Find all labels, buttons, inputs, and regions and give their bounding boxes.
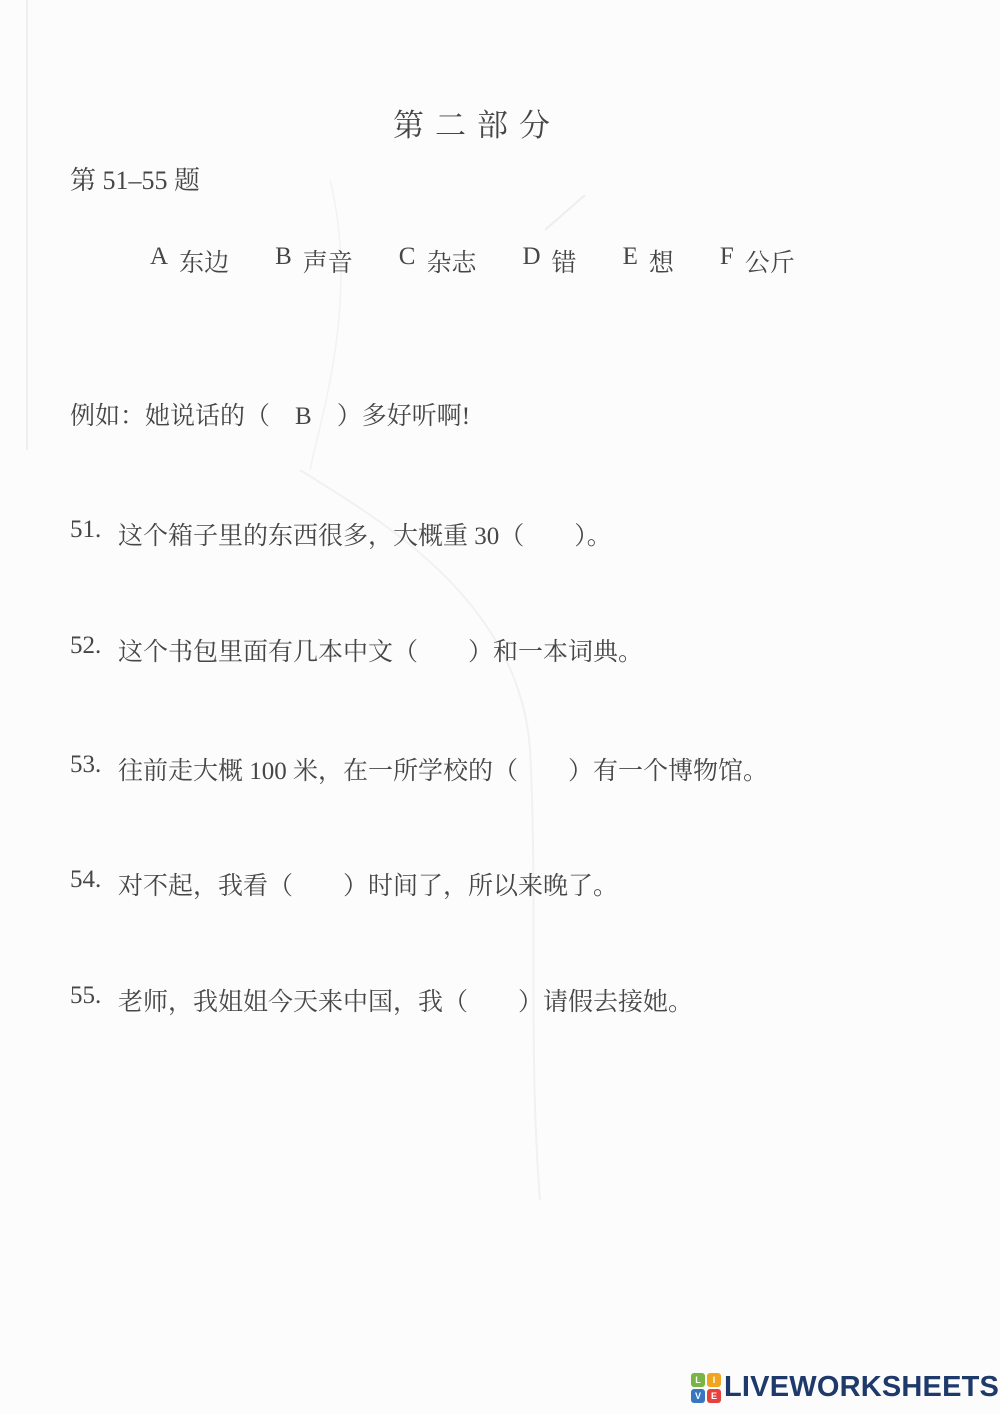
- question-text: 老师，我姐姐今天来中国，我（ ）请假去接她。: [118, 982, 693, 1018]
- scan-artifacts: [0, 0, 1000, 1414]
- word-bank-option-c: C 杂志: [399, 243, 477, 279]
- option-letter: A: [150, 243, 168, 279]
- word-bank-option-a: A 东边: [150, 243, 229, 279]
- option-word: 错: [552, 243, 577, 279]
- word-bank-option-f: F 公斤: [720, 243, 795, 279]
- liveworksheets-grid-icon: L I V E: [691, 1373, 721, 1403]
- liveworksheets-wordmark: LIVEWORKSHEETS: [724, 1371, 999, 1404]
- example-line: 例如：她说话的（ B ）多好听啊!: [70, 396, 470, 432]
- option-word: 东边: [179, 243, 229, 279]
- option-word: 声音: [303, 243, 353, 279]
- question-range-heading: 第 51–55 题: [70, 160, 200, 197]
- example-text-after: ）多好听啊!: [312, 403, 470, 430]
- question-number: 52.: [70, 632, 118, 668]
- logo-square-v: V: [691, 1389, 705, 1403]
- liveworksheets-logo: L I V E LIVEWORKSHEETS: [691, 1371, 999, 1404]
- example-answer: B: [295, 403, 312, 430]
- question-text: 这个箱子里的东西很多，大概重 30（ ）。: [118, 516, 612, 552]
- option-letter: C: [399, 243, 416, 279]
- question-text: 对不起，我看（ ）时间了，所以来晚了。: [118, 866, 618, 902]
- question-text: 这个书包里面有几本中文（ ）和一本词典。: [118, 632, 643, 668]
- option-letter: B: [275, 243, 292, 279]
- question-text: 往前走大概 100 米，在一所学校的（ ）有一个博物馆。: [118, 751, 768, 787]
- option-letter: D: [522, 243, 540, 279]
- option-letter: E: [623, 243, 638, 279]
- word-bank: A 东边 B 声音 C 杂志 D 错 E 想 F 公斤: [150, 243, 795, 279]
- question-51: 51. 这个箱子里的东西很多，大概重 30（ ）。: [70, 516, 612, 552]
- logo-square-l: L: [691, 1373, 705, 1387]
- question-55: 55. 老师，我姐姐今天来中国，我（ ）请假去接她。: [70, 982, 693, 1018]
- logo-square-i: I: [707, 1373, 721, 1387]
- question-number: 55.: [70, 982, 118, 1018]
- option-word: 杂志: [426, 243, 476, 279]
- question-54: 54. 对不起，我看（ ）时间了，所以来晚了。: [70, 866, 618, 902]
- question-53: 53. 往前走大概 100 米，在一所学校的（ ）有一个博物馆。: [70, 751, 768, 787]
- option-word: 公斤: [745, 243, 795, 279]
- word-bank-option-d: D 错: [522, 243, 576, 279]
- word-bank-option-e: E 想: [623, 243, 674, 279]
- section-title: 第二部分: [0, 100, 954, 145]
- option-letter: F: [720, 243, 734, 279]
- logo-square-e: E: [707, 1389, 721, 1403]
- question-52: 52. 这个书包里面有几本中文（ ）和一本词典。: [70, 632, 643, 668]
- question-number: 53.: [70, 751, 118, 787]
- example-text-before: 例如：她说话的（: [70, 403, 295, 430]
- word-bank-option-b: B 声音: [275, 243, 353, 279]
- question-number: 51.: [70, 516, 118, 552]
- worksheet-page: 第二部分 第 51–55 题 A 东边 B 声音 C 杂志 D 错 E 想 F …: [0, 0, 1000, 1414]
- option-word: 想: [649, 243, 674, 279]
- question-number: 54.: [70, 866, 118, 902]
